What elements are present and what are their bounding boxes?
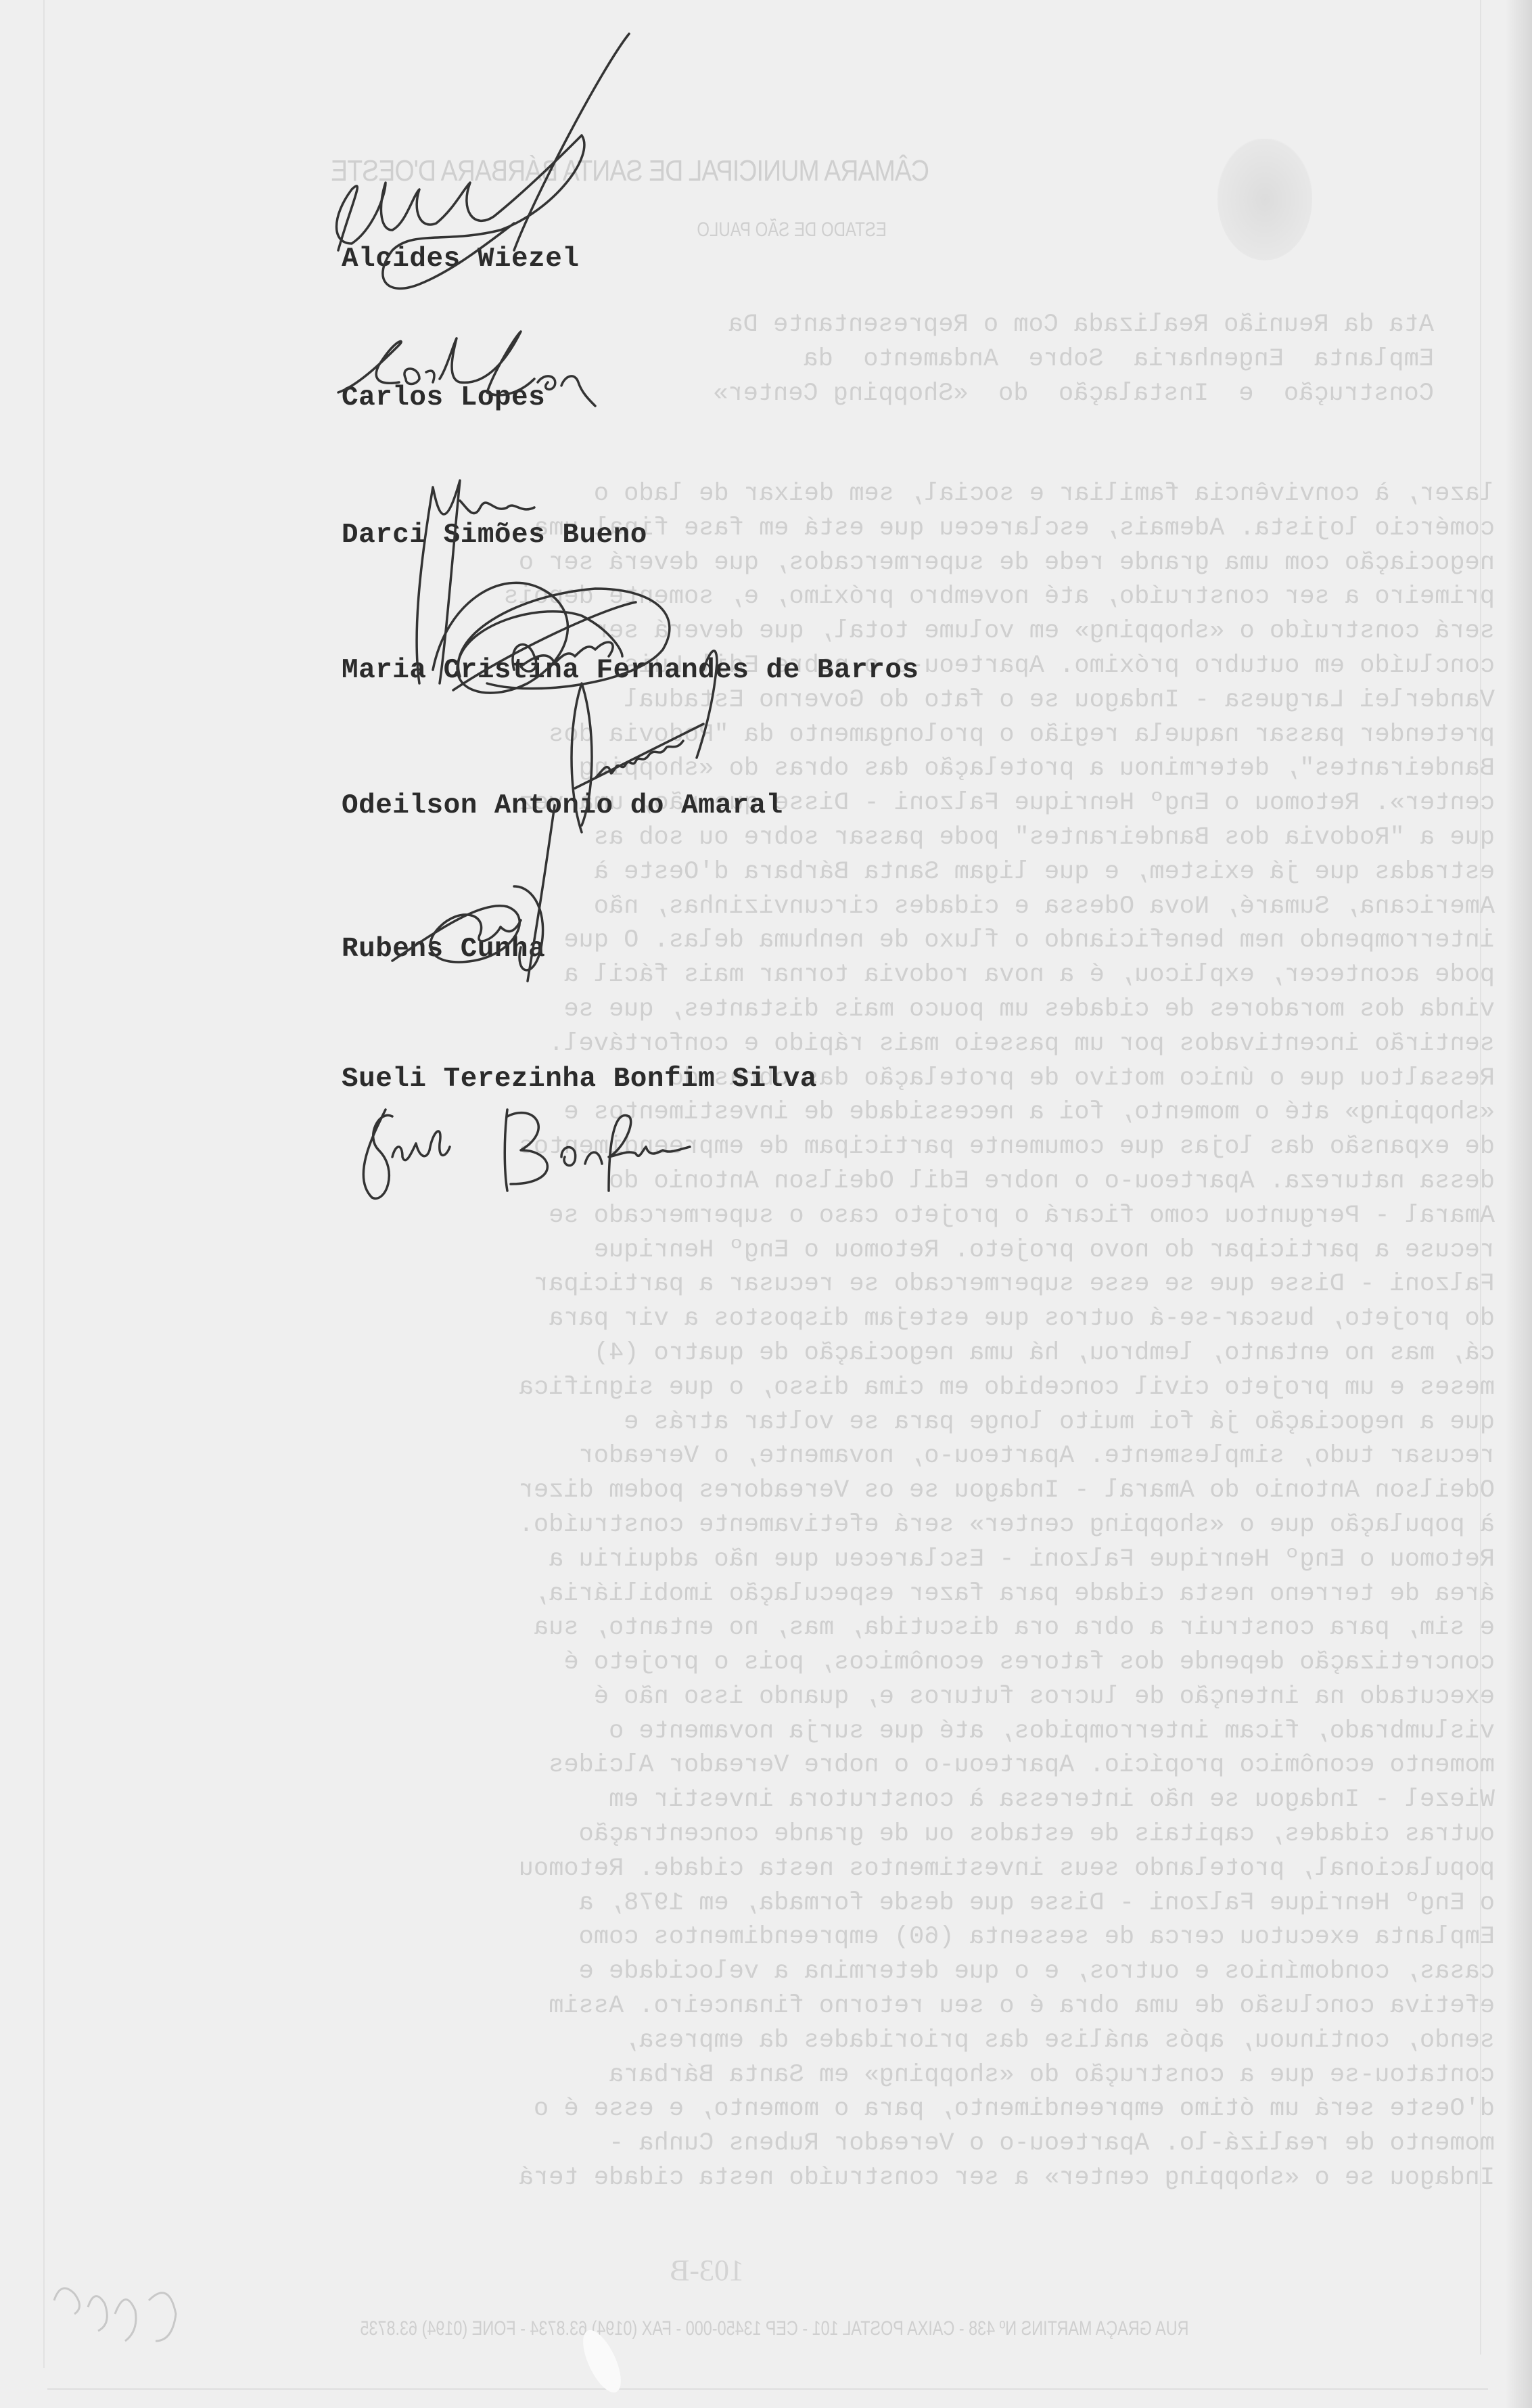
- text-line: concretização depende dos fatores econôm…: [497, 1645, 1495, 1680]
- initials-stamp-bleed: [41, 2240, 284, 2355]
- text-line: primeiro a ser construído, até novembro …: [497, 580, 1495, 614]
- text-line: pretender passar naquela região o prolon…: [497, 718, 1495, 752]
- text-line: pode acontecer, explicou, é a nova rodov…: [497, 958, 1495, 993]
- signatory-name: Darci Simões Bueno: [342, 520, 647, 551]
- signatory-name: Maria Cristina Fernandes de Barros: [342, 655, 919, 686]
- text-line: Construção e Instalação do «Shopping Cen…: [582, 377, 1434, 411]
- text-line: que a "Rodovia dos Bandeirantes" pode pa…: [497, 821, 1495, 855]
- text-line: d'Oeste será um ótimo empreendimento, pa…: [497, 2092, 1495, 2127]
- text-line: Odeilson Antonio do Amaral - Indagou se …: [497, 1474, 1495, 1508]
- text-line: vinda dos moradores de cidades um pouco …: [497, 993, 1495, 1027]
- text-line: interrompendo nem beneficiando o fluxo d…: [497, 924, 1495, 958]
- signatory-name: Carlos Lopes: [342, 382, 545, 413]
- text-line: dessa natureza. Aparteou-o o nobre Edil …: [497, 1164, 1495, 1199]
- signatory-name: Odeilson Antonio do Amaral: [342, 790, 783, 821]
- bottom-fold-line: [47, 2388, 1488, 2390]
- text-line: outras cidades, capitais de estados ou d…: [497, 1817, 1495, 1852]
- text-line: Amaral - Perguntou como ficará o projeto…: [497, 1199, 1495, 1233]
- text-line: populacional, protelando seus investimen…: [497, 1852, 1495, 1886]
- text-line: Bandeirantes", determinou a protelação d…: [497, 752, 1495, 786]
- text-line: sendo, continuou, após análise das prior…: [497, 2024, 1495, 2058]
- text-line: momento de realizá-lo. Aparteou-o o Vere…: [497, 2127, 1495, 2161]
- text-line: Ata da Reunião Realizada Com o Represent…: [582, 308, 1434, 342]
- minutes-body-bleed: lazer, à convivência familiar e social, …: [497, 477, 1495, 2196]
- footer-address-bleed: RUA GRAÇA MARTINS Nº 438 - CAIXA POSTAL …: [212, 2317, 1336, 2340]
- minutes-title-bleed: Ata da Reunião Realizada Com o Represent…: [582, 308, 1434, 411]
- text-line: Americana, Sumaré, Nova Odessa e cidades…: [497, 890, 1495, 924]
- text-line: Retomou o Engº Henrique Falzoni - Esclar…: [497, 1543, 1495, 1577]
- text-line: Indagou se o «shopping center» a ser con…: [497, 2161, 1495, 2196]
- letterhead-state: ESTADO DE SÃO PAULO: [697, 219, 887, 242]
- text-line: do projeto, buscar-se-á outros que estej…: [497, 1302, 1495, 1336]
- text-line: «shopping» até o momento, foi a necessid…: [497, 1095, 1495, 1130]
- text-line: Emplanta executou cerca de sessenta (60)…: [497, 1920, 1495, 1955]
- text-line: contatou-se que a construção do «shoppin…: [497, 2058, 1495, 2093]
- page-edge-shadow: [1505, 0, 1532, 2408]
- signatory-name: Rubens Cunha: [342, 934, 545, 965]
- text-line: recuse a participar do novo projeto. Ret…: [497, 1233, 1495, 1268]
- text-line: recusar tudo, simplesmente. Aparteou-o, …: [497, 1439, 1495, 1474]
- text-line: área de terreno nesta cidade para fazer …: [497, 1577, 1495, 1612]
- text-line: sentirão incentivados por um passeio mai…: [497, 1027, 1495, 1062]
- text-line: cá, mas no entanto, lembrou, há uma nego…: [497, 1336, 1495, 1371]
- text-line: executado na intenção de lucros futuros …: [497, 1680, 1495, 1714]
- text-line: e sim, para construir a obra ora discuti…: [497, 1611, 1495, 1645]
- page-number-bleed: 103-B: [670, 2253, 744, 2288]
- text-line: Wiezel - Indagou se não interessa à cons…: [497, 1783, 1495, 1817]
- text-line: o Engº Henrique Falzoni - Disse que desd…: [497, 1886, 1495, 1921]
- letterhead-institution: CÂMARA MUNICIPAL DE SANTA BÁRBARA D'OEST…: [331, 154, 929, 188]
- text-line: à população que o «shopping center» será…: [497, 1508, 1495, 1543]
- coat-of-arms-icon: [1217, 139, 1312, 260]
- text-line: Vanderlei Larguesa - Indagou se o fato d…: [497, 683, 1495, 718]
- text-line: meses e um projeto civil concebido em ci…: [497, 1371, 1495, 1405]
- text-line: lazer, à convivência familiar e social, …: [497, 477, 1495, 512]
- text-line: será construído o «shopping» em volume t…: [497, 614, 1495, 649]
- left-margin-line: [43, 0, 45, 2368]
- text-line: vislumbrado, ficam interrompidos, até qu…: [497, 1714, 1495, 1749]
- signatory-name: Alcides Wiezel: [342, 244, 579, 275]
- text-line: momento econômico propício. Aparteou-o o…: [497, 1748, 1495, 1783]
- text-line: negociação com uma grande rede de superm…: [497, 546, 1495, 581]
- text-line: estradas que já existem, e que ligam San…: [497, 855, 1495, 890]
- text-line: Falzoni - Disse que se esse supermercado…: [497, 1267, 1495, 1302]
- text-line: que a negociação já foi muito longe para…: [497, 1405, 1495, 1440]
- signatory-name: Sueli Terezinha Bonfim Silva: [342, 1064, 817, 1095]
- text-line: Emplanta Engenharia Sobre Andamento da: [582, 342, 1434, 377]
- text-line: efetiva conclusão de uma obra é o seu re…: [497, 1989, 1495, 2024]
- text-line: casas, condomínios e outros, e o que det…: [497, 1955, 1495, 1989]
- text-line: de expansão das lojas que comumente part…: [497, 1130, 1495, 1164]
